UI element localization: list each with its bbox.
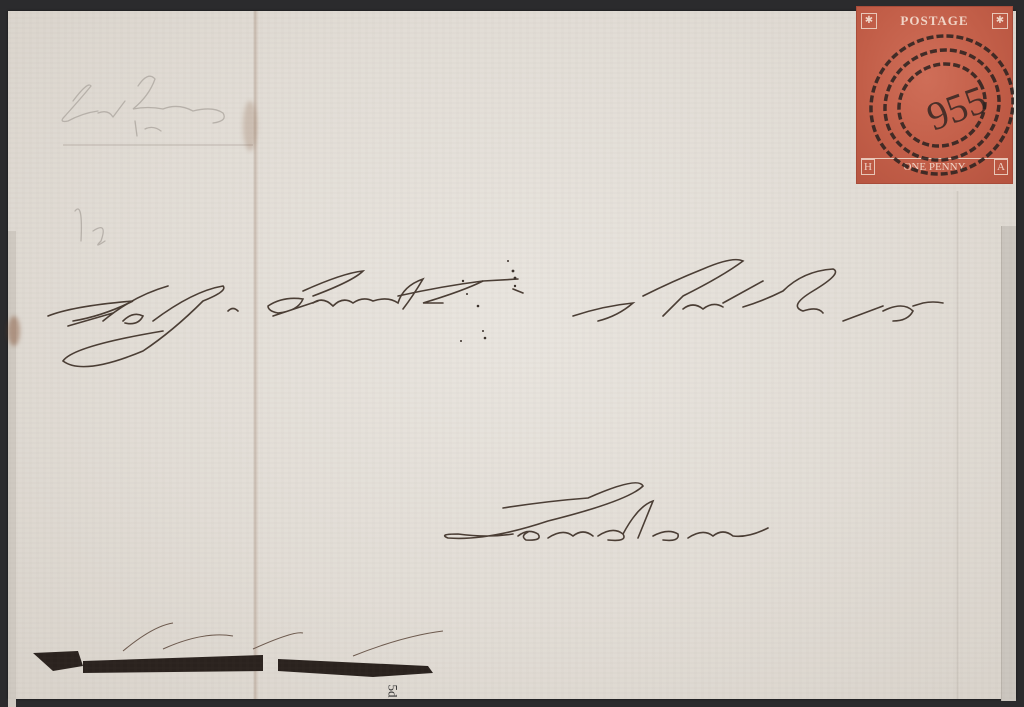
right-edge-flap bbox=[1001, 226, 1016, 701]
address-line-2: London bbox=[428, 466, 808, 570]
bottom-ink-mark bbox=[23, 611, 453, 685]
penny-red-stamp: ✱ ✱ POSTAGE H ONE PENNY A 955 bbox=[856, 6, 1013, 184]
pencil-docket: Ex Ques... bbox=[53, 41, 273, 245]
rate-marking: 5d bbox=[385, 685, 401, 698]
faint-postmark bbox=[453, 256, 533, 360]
stain bbox=[8, 316, 20, 346]
numeral-cancel-icon: 955 bbox=[857, 7, 1014, 185]
left-edge-flap bbox=[8, 231, 16, 707]
